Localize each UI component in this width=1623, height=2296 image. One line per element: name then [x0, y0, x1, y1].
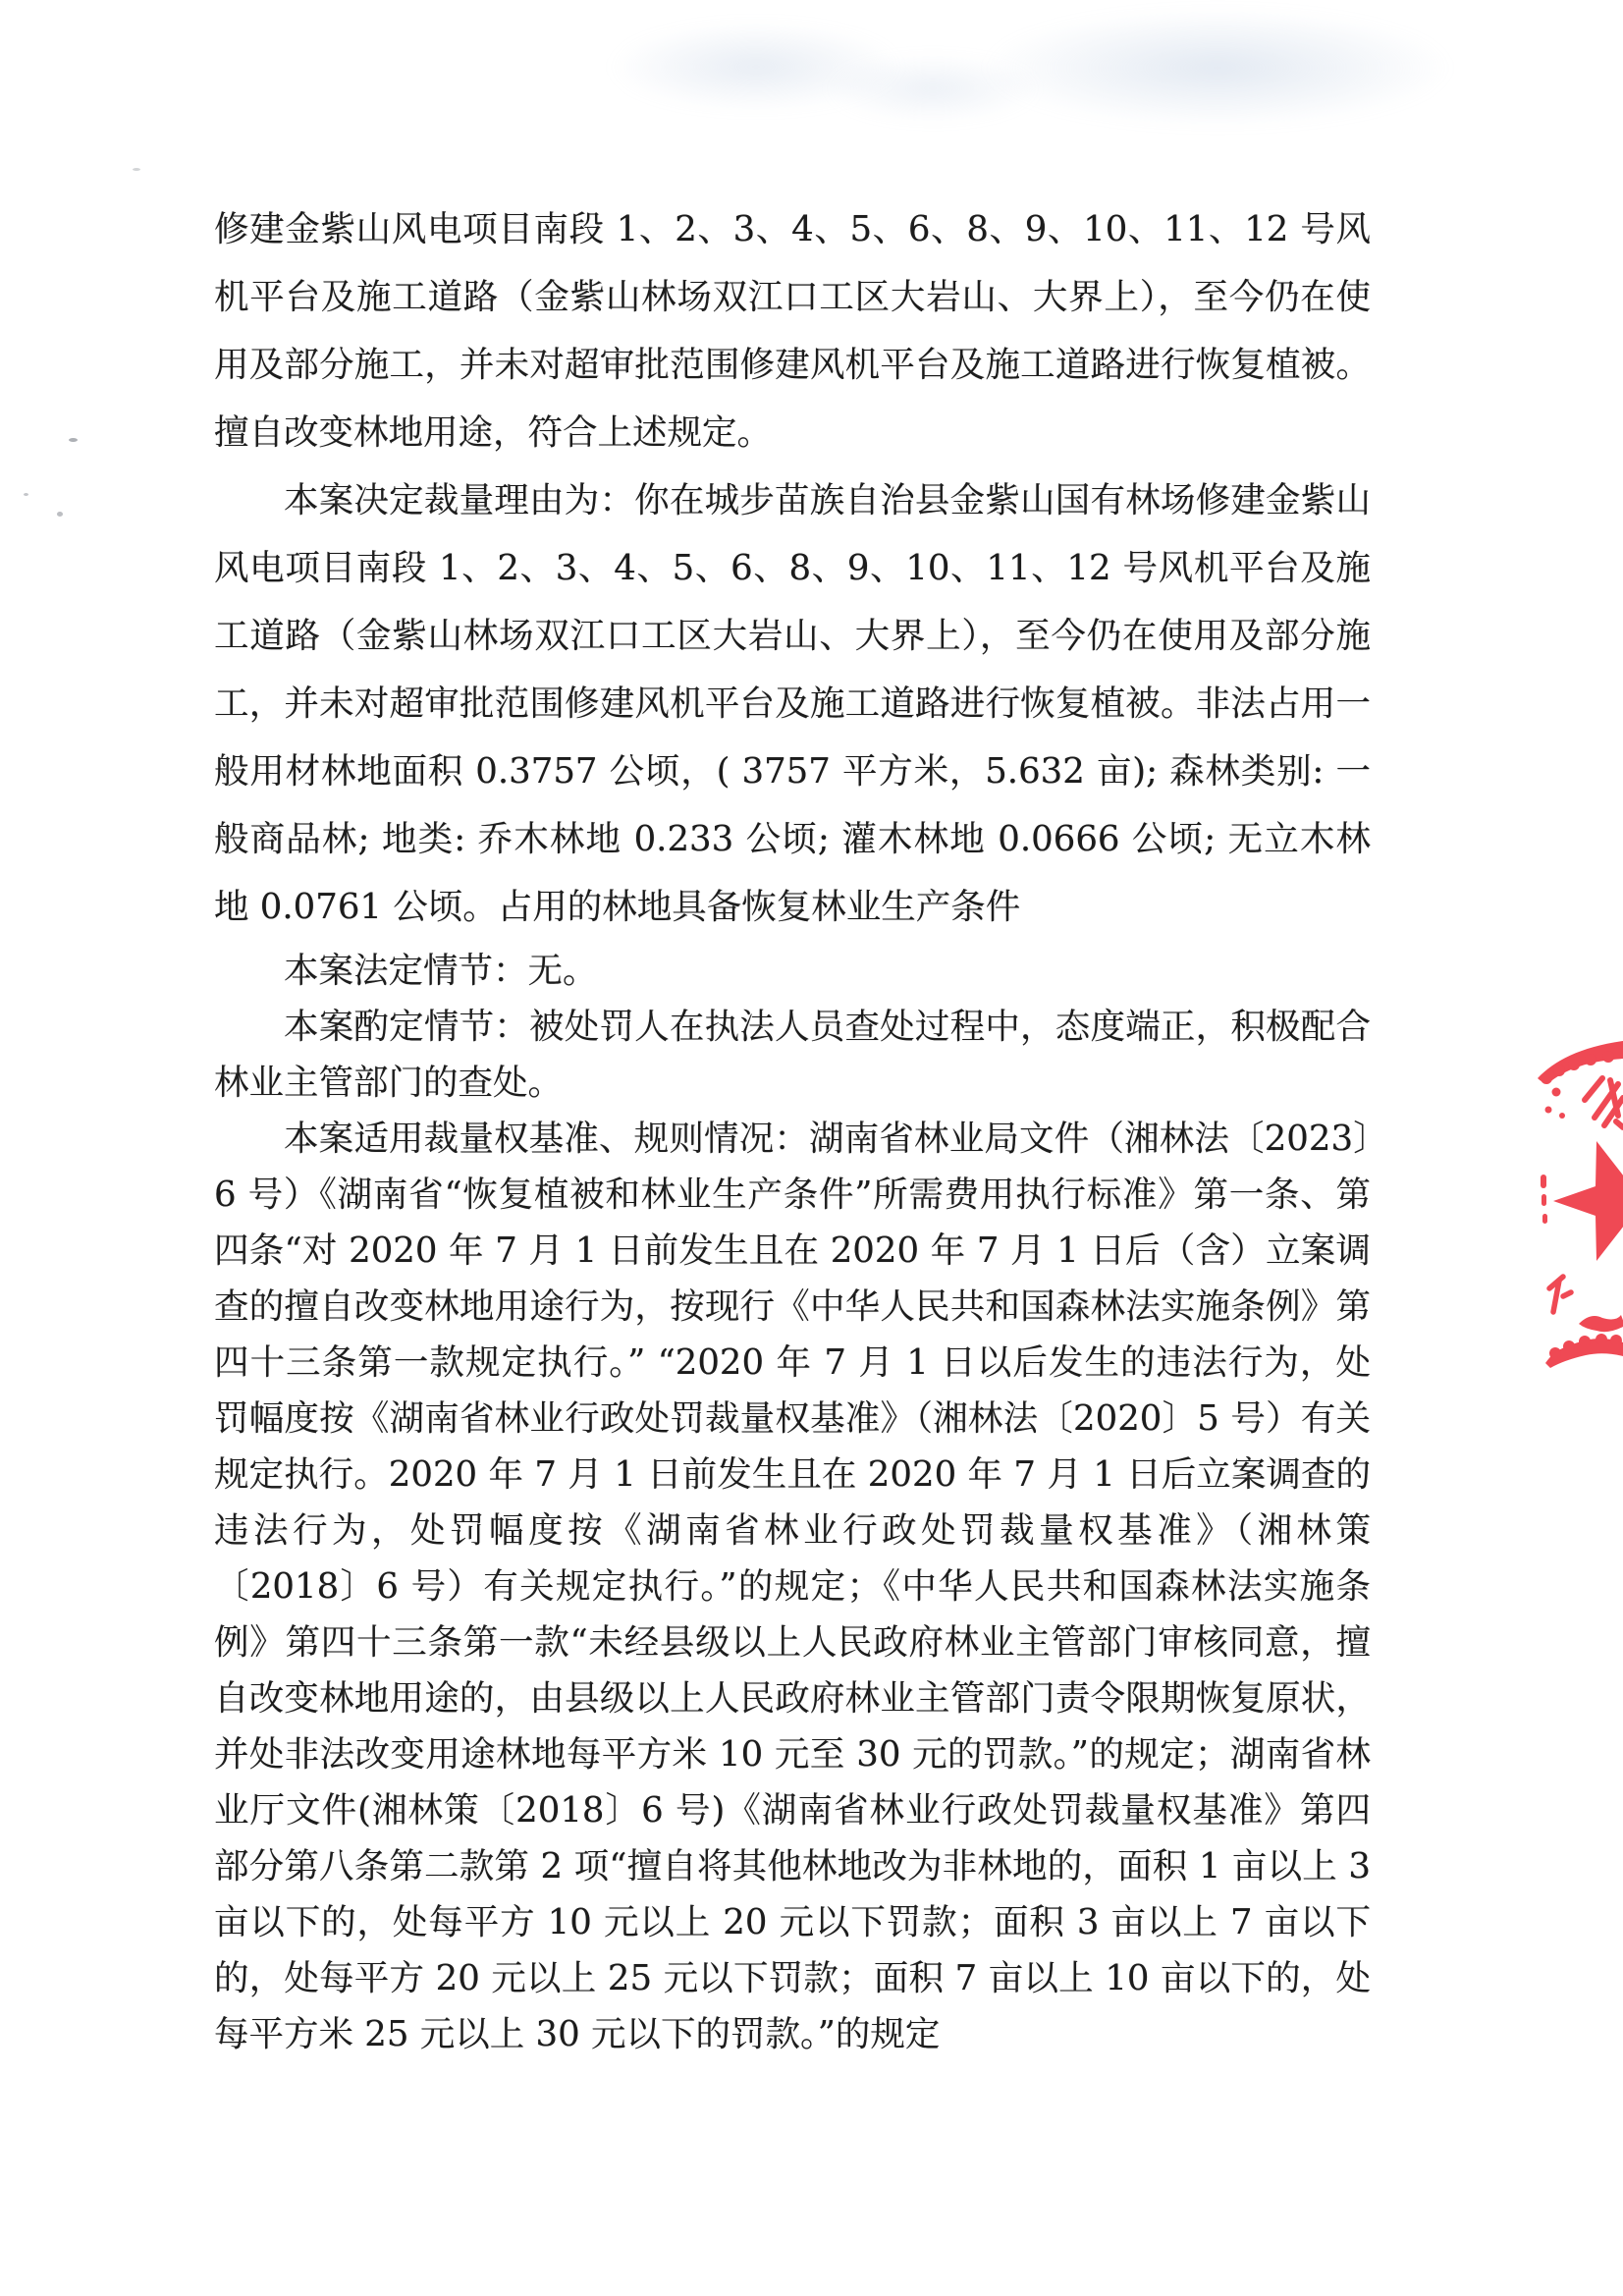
stamp-character-fragments-lower	[1549, 1277, 1571, 1312]
paragraph-discretion-reasoning: 本案决定裁量理由为：你在城步苗族自治县金紫山国有林场修建金紫山风电项目南段 1、…	[214, 466, 1371, 941]
paragraph-discretionary-circumstances: 本案酌定情节：被处罚人在执法人员查处过程中，态度端正，积极配合林业主管部门的查处…	[214, 999, 1371, 1111]
paragraph-statutory-circumstances: 本案法定情节：无。	[214, 943, 1371, 999]
scanned-document-page: 修建金紫山风电项目南段 1、2、3、4、5、6、8、9、10、11、12 号风机…	[0, 0, 1623, 2296]
red-seal-stamp-graphic	[1500, 1029, 1623, 1368]
stamp-star-icon	[1553, 1141, 1623, 1261]
scan-speck	[57, 512, 63, 517]
scan-speck	[24, 493, 28, 496]
paragraph-applicable-standards: 本案适用裁量权基准、规则情况：湖南省林业局文件（湘林法〔2023〕6 号）《湖南…	[214, 1111, 1371, 2062]
document-body-lower: 本案法定情节：无。 本案酌定情节：被处罚人在执法人员查处过程中，态度端正，积极配…	[214, 943, 1371, 2062]
scan-bleedthrough-artifact	[825, 54, 1041, 123]
stamp-shapes	[1538, 1041, 1623, 1368]
scan-bleedthrough-artifact	[609, 22, 903, 112]
paragraph-continuation-findings: 修建金紫山风电项目南段 1、2、3、4、5、6、8、9、10、11、12 号风机…	[214, 195, 1371, 466]
stamp-bottom-arc	[1545, 1339, 1623, 1368]
stamp-blotch	[1579, 1315, 1623, 1332]
document-body-upper: 修建金紫山风电项目南段 1、2、3、4、5、6、8、9、10、11、12 号风机…	[214, 195, 1371, 941]
stamp-top-arc	[1538, 1041, 1623, 1084]
scan-bleedthrough-artifact	[987, 10, 1448, 126]
stamp-character-fragments-upper	[1585, 1078, 1623, 1127]
scan-speck	[133, 168, 140, 171]
red-official-seal-stamp	[1500, 1029, 1623, 1368]
scan-speck	[69, 438, 78, 442]
